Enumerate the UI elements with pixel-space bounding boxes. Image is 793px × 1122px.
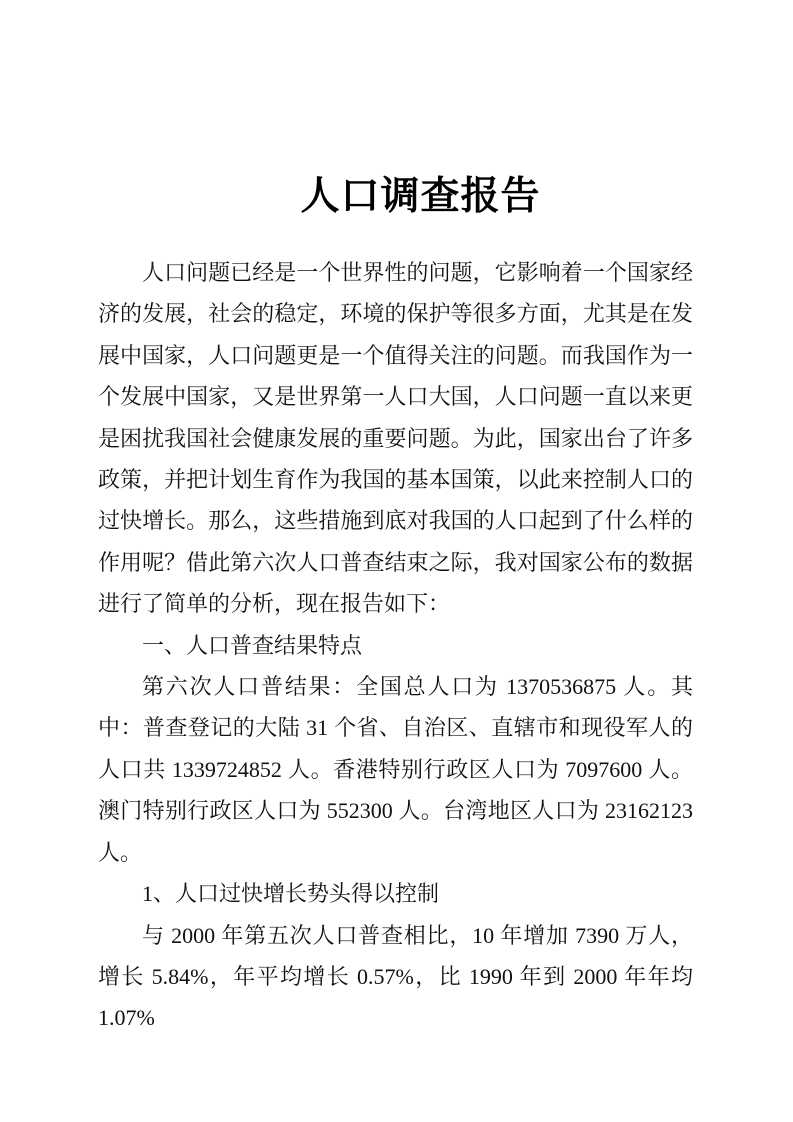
growth-comparison-paragraph: 与 2000 年第五次人口普查相比，10 年增加 7390 万人，增长 5.84… bbox=[98, 915, 693, 1039]
census-results-paragraph: 第六次人口普结果：全国总人口为 1370536875 人。其中：普查登记的大陆 … bbox=[98, 666, 693, 873]
document-page: 人口调查报告 人口问题已经是一个世界性的问题，它影响着一个国家经济的发展，社会的… bbox=[0, 0, 793, 1122]
document-body: 人口问题已经是一个世界性的问题，它影响着一个国家经济的发展，社会的稳定，环境的保… bbox=[98, 252, 693, 1039]
intro-paragraph: 人口问题已经是一个世界性的问题，它影响着一个国家经济的发展，社会的稳定，环境的保… bbox=[98, 252, 693, 625]
section-1-heading: 一、人口普查结果特点 bbox=[98, 625, 693, 666]
document-title: 人口调查报告 bbox=[98, 172, 693, 222]
subsection-1-heading: 1、人口过快增长势头得以控制 bbox=[98, 873, 693, 914]
document-content: 人口调查报告 人口问题已经是一个世界性的问题，它影响着一个国家经济的发展，社会的… bbox=[98, 0, 693, 1039]
